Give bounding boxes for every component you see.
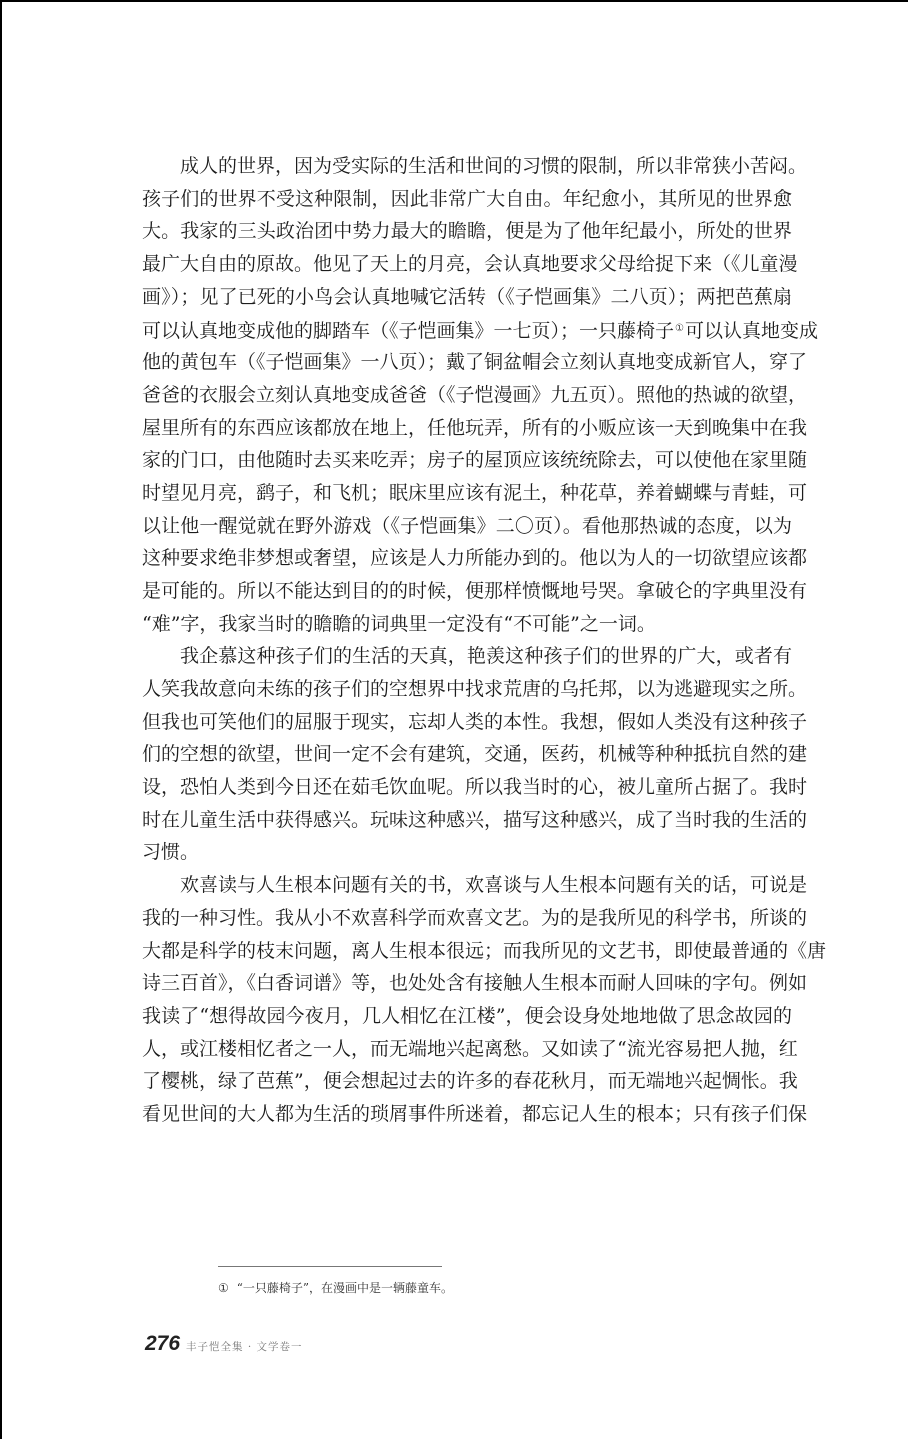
text-line: 时在儿童生活中获得感兴。玩味这种感兴，描写这种感兴，成了当时我的生活的 (142, 804, 792, 837)
footnote-number: ① (218, 1281, 229, 1295)
text-line: 屋里所有的东西应该都放在地上，任他玩弄，所有的小贩应该一天到晚集中在我 (142, 412, 792, 445)
text-line: 看见世间的大人都为生活的琐屑事件所迷着，都忘记人生的根本；只有孩子们保 (142, 1098, 792, 1131)
text-line: 最广大自由的原故。他见了天上的月亮，会认真地要求父母给捉下来（《儿童漫 (142, 248, 792, 281)
page-number: 276 (145, 1332, 180, 1356)
text-line: 设，恐怕人类到今日还在茹毛饮血呢。所以我当时的心，被儿童所占据了。我时 (142, 771, 792, 804)
text-line: 人笑我故意向未练的孩子们的空想界中找求荒唐的乌托邦，以为逃避现实之所。 (142, 673, 792, 706)
text-line: 是可能的。所以不能达到目的的时候，便那样愤慨地号哭。拿破仑的字典里没有 (142, 575, 792, 608)
text-line: 可以认真地变成他的脚踏车（《子恺画集》一七页）；一只藤椅子①可以认真地变成 (142, 313, 792, 346)
text-line: 我读了“想得故园今夜月，几人相忆在江楼”，便会设身处地地做了思念故园的 (142, 1000, 792, 1033)
text-line: 欢喜读与人生根本问题有关的书，欢喜谈与人生根本问题有关的话，可说是 (142, 869, 792, 902)
text-line: 们的空想的欲望，世间一定不会有建筑，交通，医药，机械等种种抵抗自然的建 (142, 738, 792, 771)
book-page: 成人的世界，因为受实际的生活和世间的习惯的限制，所以非常狭小苦闷。 孩子们的世界… (0, 0, 908, 1439)
footnote-text: “一只藤椅子”，在漫画中是一辆藤童车。 (237, 1281, 453, 1295)
footnote-divider (218, 1266, 442, 1267)
text-line: 孩子们的世界不受这种限制，因此非常广大自由。年纪愈小，其所见的世界愈 (142, 183, 792, 216)
footnote: ①“一只藤椅子”，在漫画中是一辆藤童车。 (218, 1278, 453, 1298)
text-segment: 可以认真地变成他的脚踏车（《子恺画集》一七页）；一只藤椅子 (142, 320, 674, 342)
text-line: 家的门口，由他随时去买来吃弄；房子的屋顶应该统统除去，可以使他在家里随 (142, 444, 792, 477)
text-line: 我企慕这种孩子们的生活的天真，艳羡这种孩子们的世界的广大，或者有 (142, 640, 792, 673)
running-title: 丰子恺全集 · 文学卷一 (186, 1339, 303, 1354)
text-line: “难”字，我家当时的瞻瞻的词典里一定没有“不可能”之一词。 (142, 608, 792, 641)
text-line: 大都是科学的枝末问题，离人生根本很远；而我所见的文艺书，即使最普通的《唐 (142, 935, 792, 968)
text-line: 人，或江楼相忆者之一人，而无端地兴起离愁。又如读了“流光容易把人抛，红 (142, 1033, 792, 1066)
text-line: 习惯。 (142, 836, 792, 869)
text-line: 了樱桃，绿了芭蕉”，便会想起过去的许多的春花秋月，而无端地兴起惆怅。我 (142, 1065, 792, 1098)
text-line: 但我也可笑他们的屈服于现实，忘却人类的本性。我想，假如人类没有这种孩子 (142, 706, 792, 739)
page-footer: 276 丰子恺全集 · 文学卷一 (145, 1332, 303, 1356)
body-text: 成人的世界，因为受实际的生活和世间的习惯的限制，所以非常狭小苦闷。 孩子们的世界… (142, 150, 792, 1131)
text-line: 画》）；见了已死的小鸟会认真地喊它活转（《子恺画集》二八页）；两把芭蕉扇 (142, 281, 792, 314)
text-line: 爸爸的衣服会立刻认真地变成爸爸（《子恺漫画》九五页）。照他的热诚的欲望， (142, 379, 792, 412)
text-line: 大。我家的三头政治团中势力最大的瞻瞻，便是为了他年纪最小，所处的世界 (142, 215, 792, 248)
text-line: 以让他一醒觉就在野外游戏（《子恺画集》二〇页）。看他那热诚的态度，以为 (142, 510, 792, 543)
text-line: 诗三百首》，《白香词谱》等，也处处含有接触人生根本而耐人回味的字句。例如 (142, 967, 792, 1000)
text-line: 成人的世界，因为受实际的生活和世间的习惯的限制，所以非常狭小苦闷。 (142, 150, 792, 183)
footnote-marker[interactable]: ① (675, 323, 684, 334)
text-segment: 可以认真地变成 (685, 320, 818, 342)
text-line: 他的黄包车（《子恺画集》一八页）；戴了铜盆帽会立刻认真地变成新官人，穿了 (142, 346, 792, 379)
text-line: 我的一种习性。我从小不欢喜科学而欢喜文艺。为的是我所见的科学书，所谈的 (142, 902, 792, 935)
text-line: 这种要求绝非梦想或奢望，应该是人力所能办到的。他以为人的一切欲望应该都 (142, 542, 792, 575)
text-line: 时望见月亮，鹞子，和飞机；眠床里应该有泥土，种花草，养着蝴蝶与青蛙，可 (142, 477, 792, 510)
